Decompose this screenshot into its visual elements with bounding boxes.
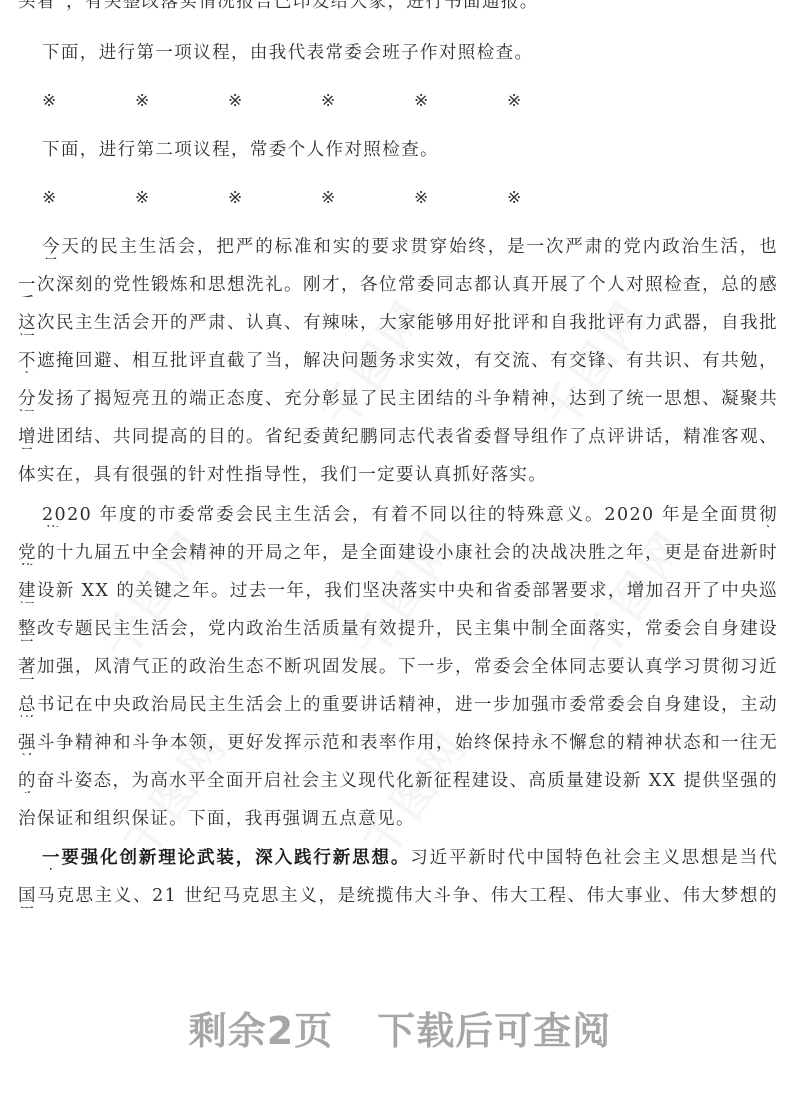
reference-mark-icon: ※ — [42, 188, 135, 210]
reference-mark-icon: ※ — [321, 188, 414, 210]
download-to-view-label[interactable]: 下载后可查阅 — [377, 1000, 611, 1055]
paragraph-line: 整改专题民主生活会，党内政治生活质量有效提升，民主集中制全面落实，常委会自身建设… — [18, 619, 778, 641]
agenda-item-one: 下面，进行第一项议程，由我代表常委会班子作对照检查。 — [18, 43, 778, 63]
remaining-pages-label: 剩余2页 — [189, 1000, 333, 1055]
paragraph-line: 治保证和组织保证。下面，我再强调五点意见。 — [18, 809, 778, 829]
paragraph-line: 这次民主生活会开的严肃、认真、有辣味，大家能够用好批评和自我批评有力武器，自我批… — [18, 313, 778, 335]
reference-mark-icon: ※ — [42, 91, 135, 113]
reference-mark-icon: ※ — [321, 91, 414, 113]
text-line-intro-tail: 头看”，有关整改落实情况报告已印发给大家，进行书面通报。 — [18, 0, 778, 12]
paragraph-line: 建设新 XX 的关键之年。过去一年，我们坚决落实中央和省委部署要求，增加召开了中… — [18, 581, 778, 603]
paragraph-line: 一次深刻的党性锻炼和思想洗礼。刚才，各位常委同志都认真开展了个人对照检查，总的感… — [18, 275, 778, 297]
document-page: 千图网 千图网 千图网 千图网 千图网 千图网 千图网 头看”，有关整改落实情况… — [0, 0, 800, 1104]
paragraph-line: 不遮掩回避、相互批评直截了当，解决问题务求实效，有交流、有交锋、有共识、有共勉，… — [18, 351, 778, 373]
reference-mark-icon: ※ — [414, 188, 507, 210]
paragraph-line: 一要强化创新理论武装，深入践行新思想。习近平新时代中国特色社会主义思想是当代中 — [18, 848, 778, 870]
paragraph-line: 分发扬了揭短亮丑的端正态度、充分彰显了民主团结的斗争精神，达到了统一思想、凝聚共… — [18, 389, 778, 411]
paragraph-line: 今天的民主生活会，把严的标准和实的要求贯穿始终，是一次严肃的党内政治生活，也是 — [18, 237, 778, 259]
reference-mark-icon: ※ — [507, 91, 600, 113]
paragraph-line: 总书记在中央政治局民主生活会上的重要讲话精神，进一步加强市委常委会自身建设，主动… — [18, 695, 778, 717]
paragraph-line: 强斗争精神和斗争本领，更好发挥示范和表率作用，始终保持永不懈怠的精神状态和一往无… — [18, 733, 778, 755]
reference-mark-icon: ※ — [228, 91, 321, 113]
point-heading: 一要强化创新理论武装，深入践行新思想。 — [42, 848, 410, 868]
paywall-message[interactable]: 剩余2页下载后可查阅 — [0, 1000, 800, 1055]
reference-mark-icon: ※ — [414, 91, 507, 113]
paragraph-line: 体实在，具有很强的针对性指导性，我们一定要认真抓好落实。 — [18, 465, 778, 485]
paragraph-line: 著加强，风清气正的政治生态不断巩固发展。下一步，常委会全体同志要认真学习贯彻习近… — [18, 657, 778, 679]
reference-mark-icon: ※ — [228, 188, 321, 210]
reference-mark-icon: ※ — [507, 188, 600, 210]
paragraph-line: 党的十九届五中全会精神的开局之年，是全面建设小康社会的决战决胜之年，更是奋进新时… — [18, 543, 778, 565]
paragraph-line: 国马克思主义、21 世纪马克思主义，是统揽伟大斗争、伟大工程、伟大事业、伟大梦想… — [18, 886, 778, 908]
section-separator: ※ ※ ※ ※ ※ ※ — [42, 91, 600, 113]
paragraph-line: 的奋斗姿态，为高水平全面开启社会主义现代化新征程建设、高质量建设新 XX 提供坚… — [18, 771, 778, 793]
reference-mark-icon: ※ — [135, 188, 228, 210]
agenda-item-two: 下面，进行第二项议程，常委个人作对照检查。 — [18, 140, 778, 160]
paragraph-line: 增进团结、共同提高的目的。省纪委黄纪鹏同志代表省委督导组作了点评讲话，精准客观、… — [18, 427, 778, 449]
paragraph-line: 2020 年度的市委常委会民主生活会，有着不同以往的特殊意义。2020 年是全面… — [18, 505, 778, 527]
section-separator: ※ ※ ※ ※ ※ ※ — [42, 188, 600, 210]
reference-mark-icon: ※ — [135, 91, 228, 113]
